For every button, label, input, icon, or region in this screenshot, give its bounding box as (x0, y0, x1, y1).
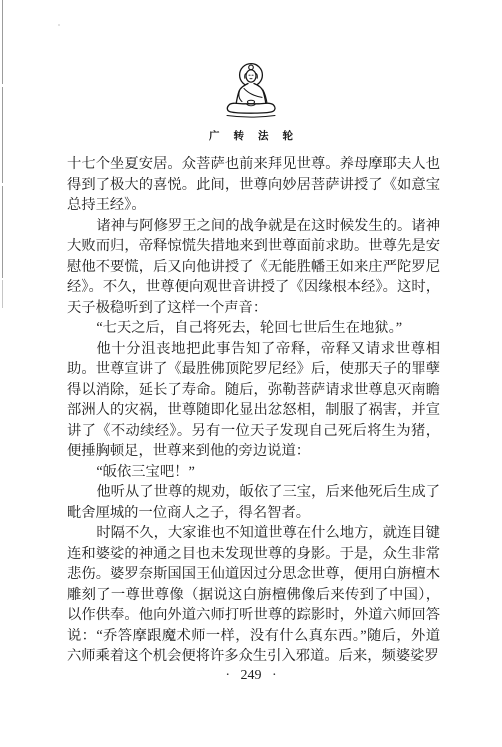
scan-edge-line (2, 186, 3, 278)
chapter-illustration (0, 60, 502, 127)
body-paragraph: 他十分沮丧地把此事告知了帝释，帝释又请求世尊相助。世尊宣讲了《最胜佛顶陀罗尼经》… (67, 339, 440, 462)
illustration-caption: 广转法轮 (0, 128, 502, 143)
body-paragraph: 他听从了世尊的规劝，皈依了三宝，后来他死后生成了毗舍厘城的一位商人之子，得名智者… (67, 482, 440, 523)
seated-buddha-icon (213, 60, 289, 122)
scan-speck (58, 24, 60, 26)
body-paragraph: 时隔不久，大家谁也不知道世尊在什么地方，就连目键连和婆娑的神通之目也未发现世尊的… (67, 523, 440, 667)
scan-edge-line (2, 280, 3, 308)
body-paragraph-quote: “皈依三宝吧！” (67, 462, 440, 483)
page-body-text: 十七个坐夏安居。众菩萨也前来拜见世尊。养母摩耶夫人也得到了极大的喜悦。此间，世尊… (67, 154, 440, 667)
page-number: · 249 · (0, 668, 502, 684)
body-paragraph-quote: “七天之后，自己将死去，轮回七世后生在地狱。” (67, 318, 440, 339)
body-paragraph: 十七个坐夏安居。众菩萨也前来拜见世尊。养母摩耶夫人也得到了极大的喜悦。此间，世尊… (67, 154, 440, 216)
book-page: { "illustration": { "icon": "seated-budd… (0, 0, 502, 747)
body-paragraph: 诸神与阿修罗王之间的战争就是在这时候发生的。诸神大败而归，帝释惊慌失措地来到世尊… (67, 216, 440, 319)
